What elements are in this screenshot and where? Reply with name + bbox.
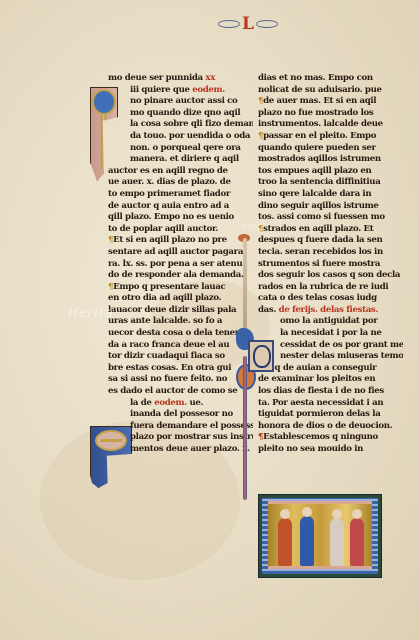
miniature-scene	[268, 501, 372, 569]
text-line: es dado el auctor de como se	[108, 386, 253, 398]
text-span: ras q de auian a conseguir	[258, 363, 376, 373]
text-line: cessidat de os por grant me	[258, 340, 403, 352]
text-span: dino seguir aqillos istrume	[258, 201, 379, 211]
text-span: tor dizir cuadaqui fiaca so	[108, 351, 225, 361]
text-column-left: mo deue ser punnida xxiii quiere que eod…	[108, 73, 253, 456]
text-span: cessidat de os por grant me	[280, 340, 403, 350]
text-line: to empo primeramet fiador	[108, 189, 253, 201]
initial-bowl	[253, 345, 271, 368]
text-span: qill plazo. Empo no es uenio	[108, 212, 234, 222]
text-span: de auer mas. Et si en aqil	[263, 96, 376, 106]
text-line: ¶passar en el pleito. Empo	[258, 131, 403, 143]
text-span: strados en aqill plazo. Et	[263, 224, 373, 234]
text-line: en otro dia ad aqill plazo.	[108, 293, 253, 305]
text-span: mostrados aqillos istrumen	[258, 154, 381, 164]
flourish-icon	[218, 20, 240, 28]
text-span: ra. lx. ss. por pena a ser atenu	[108, 259, 242, 269]
text-column-right: dias et no mas. Empo connolicat de su ad…	[258, 73, 403, 456]
rubric-text: xx	[203, 73, 215, 83]
text-span: uras ante lalcalde. so fo a	[108, 316, 222, 326]
text-line: tecia. seran recebidos los in	[258, 247, 403, 259]
watermark: Herita	[68, 306, 114, 321]
text-line: honora de dios o de deuocion.	[258, 421, 403, 433]
illuminated-initial-c	[248, 340, 274, 372]
text-span: auctor es en aqill regno de	[108, 166, 228, 176]
text-line: sino qere lalcalde dara in	[258, 189, 403, 201]
text-span: sino qere lalcalde dara in	[258, 189, 371, 199]
text-span: la cosa sobre qli fizo deman	[130, 119, 253, 129]
text-span: plazo no fue mostrado los	[258, 108, 373, 118]
text-span: sa si assi no fuere feito. no	[108, 374, 227, 384]
text-line: mostrados aqillos istrumen	[258, 154, 403, 166]
text-line: fuera demandare el possessor	[108, 421, 253, 433]
text-span: lauacor deue dizir sillas pala	[108, 305, 236, 315]
text-span: passar en el pleito. Empo	[263, 131, 376, 141]
text-line: de examinar los pleitos en	[258, 374, 403, 386]
text-span: honora de dios o de deuocion.	[258, 421, 392, 431]
text-span: troo la sentencia diffinitiua	[258, 177, 380, 187]
text-span: tos empues aqill plazo en	[258, 166, 371, 176]
text-line: manera. et diriere q aqil	[108, 154, 253, 166]
text-span: pleito no sea mouido in	[258, 444, 363, 454]
text-line: ras q de auian a conseguir	[258, 363, 403, 375]
text-line: ue auer. x. dias de plazo. de	[108, 177, 253, 189]
text-line: omo la antiguidat por	[258, 316, 403, 328]
text-span: manera. et diriere q aqil	[130, 154, 239, 164]
text-line: mo quando dize qno aqil	[108, 108, 253, 120]
text-span: ta. Por aesta necessidat i an	[258, 398, 383, 408]
text-line: la cosa sobre qli fizo deman	[108, 119, 253, 131]
text-span: tecia. seran recebidos los in	[258, 247, 383, 257]
text-span: omo la antiguidat por	[280, 316, 377, 326]
initial-stem	[101, 114, 106, 170]
text-line: uecor desta cosa o dela tenen	[108, 328, 253, 340]
text-span: instrumentos. lalcalde deue	[258, 119, 383, 129]
text-span: cata o des telas cosas iudg	[258, 293, 377, 303]
text-span: tiguidat pormieron delas la	[258, 409, 380, 419]
text-span: das.	[258, 305, 276, 315]
text-line: bre estas cosas. En otra gui	[108, 363, 253, 375]
text-line: da a raco franca deue el au	[108, 340, 253, 352]
text-span: da a raco franca deue el au	[108, 340, 229, 350]
text-span: nolicat de su aduisario. pue	[258, 85, 382, 95]
text-span: rados en la rubrica de re iudi	[258, 282, 388, 292]
text-span: la de	[130, 398, 152, 408]
text-line: non. o porqueal qere ora	[108, 143, 253, 155]
text-line: tos. assi como si fuessen mo	[258, 212, 403, 224]
manuscript-page: L mo deue ser punnida xxiii quiere que e…	[0, 0, 419, 640]
text-line: tiguidat pormieron delas la	[258, 409, 403, 421]
text-span: nester delas miuseras temo	[280, 351, 403, 361]
text-line: dino seguir aqillos istrume	[258, 201, 403, 213]
text-span: es dado el auctor de como se	[108, 386, 237, 396]
text-line: mentos deue auer plazo. x.	[108, 444, 253, 456]
rubric-text: de ferijs. delas fiestas.	[276, 305, 378, 315]
rubric-text: eodem.	[152, 398, 187, 408]
text-line: sa si assi no fuere feito. no	[108, 374, 253, 386]
text-line: ¶Establescemos q ninguno	[258, 432, 403, 444]
text-line: inanda del possesor no	[108, 409, 253, 421]
watermark: Heri	[242, 220, 265, 233]
text-line: ¶strados en aqill plazo. Et	[258, 224, 403, 236]
text-span: de auctor q auia entro ad a	[108, 201, 229, 211]
border-shaft	[243, 238, 247, 333]
flourish-icon	[256, 20, 278, 28]
text-line: auctor es en aqill regno de	[108, 166, 253, 178]
text-span: inanda del possesor no	[130, 409, 233, 419]
figure-blue-robe	[300, 516, 314, 566]
text-span: en otro dia ad aqill plazo.	[108, 293, 221, 303]
text-line: da touo. por uendida o oda	[108, 131, 253, 143]
text-line: dos seguir los casos q son decla	[258, 270, 403, 282]
text-span: Et si en aqill plazo no pre	[113, 235, 227, 245]
figure-white-robe	[330, 518, 344, 566]
text-span: Empo q presentare lauac	[113, 282, 225, 292]
figure-red-robe	[350, 518, 364, 566]
text-span: Establescemos q ninguno	[263, 432, 378, 442]
text-line: qill plazo. Empo no es uenio	[108, 212, 253, 224]
text-line: la de eodem. ue.	[108, 398, 253, 410]
text-line: ¶Et si en aqill plazo no pre	[108, 235, 253, 247]
text-span: de examinar los pleitos en	[258, 374, 375, 384]
text-line: tor dizir cuadaqui fiaca so	[108, 351, 253, 363]
text-line: mo deue ser punnida xx	[108, 73, 253, 85]
text-line: ¶Empo q presentare lauac	[108, 282, 253, 294]
text-line: nolicat de su aduisario. pue	[258, 85, 403, 97]
text-line: pleito no sea mouido in	[258, 444, 403, 456]
text-span: ue auer. x. dias de plazo. de	[108, 177, 231, 187]
text-span: uecor desta cosa o dela tenen	[108, 328, 241, 338]
text-span: la necesidat i por la ne	[280, 328, 382, 338]
text-line: dias et no mas. Empo con	[258, 73, 403, 85]
text-span: despues q fuere dada la sen	[258, 235, 382, 245]
text-span: fuera demandare el possessor	[130, 421, 253, 431]
text-span: los dias de fiesta i de no fies	[258, 386, 384, 396]
text-line: los dias de fiesta i de no fies	[258, 386, 403, 398]
text-line: strumentos si fuere mostra	[258, 259, 403, 271]
text-line: cata o des telas cosas iudg	[258, 293, 403, 305]
text-line: to de poplar aqill auctor.	[108, 224, 253, 236]
text-span: to empo primeramet fiador	[108, 189, 230, 199]
text-span: iii quiere que	[130, 85, 190, 95]
text-line: plazo por mostrar sus instru	[108, 432, 253, 444]
text-span: non. o porqueal qere ora	[130, 143, 241, 153]
figure-red-robe	[278, 518, 292, 566]
border-shaft	[243, 356, 247, 500]
text-span: plazo por mostrar sus instru	[130, 432, 253, 442]
text-line: quando quiere pueden ser	[258, 143, 403, 155]
text-line: plazo no fue mostrado los	[258, 108, 403, 120]
text-span: tos. assi como si fuessen mo	[258, 212, 385, 222]
text-line: do de responder ala demanda.	[108, 270, 253, 282]
text-span: to de poplar aqill auctor.	[108, 224, 218, 234]
text-line: la necesidat i por la ne	[258, 328, 403, 340]
folio-mark: L	[218, 14, 278, 34]
text-span: mentos deue auer plazo. x.	[130, 444, 250, 454]
text-line: tos empues aqill plazo en	[258, 166, 403, 178]
text-line: iii quiere que eodem.	[108, 85, 253, 97]
text-span: do de responder ala demanda.	[108, 270, 244, 280]
text-line: ta. Por aesta necessidat i an	[258, 398, 403, 410]
text-line: uras ante lalcalde. so fo a	[108, 316, 253, 328]
rubric-text: eodem.	[190, 85, 225, 95]
text-line: no pinare auctor assi co	[108, 96, 253, 108]
folio-letter: L	[242, 14, 254, 34]
text-span: bre estas cosas. En otra gui	[108, 363, 231, 373]
text-line: lauacor deue dizir sillas pala	[108, 305, 253, 317]
text-span: mo deue ser punnida	[108, 73, 203, 83]
text-line: despues q fuere dada la sen	[258, 235, 403, 247]
text-span: ue.	[187, 398, 203, 408]
miniature-illustration	[258, 494, 382, 578]
text-line: ra. lx. ss. por pena a ser atenu	[108, 259, 253, 271]
text-line: sentare ad aqill auctor pagara	[108, 247, 253, 259]
text-line: ¶de auer mas. Et si en aqil	[258, 96, 403, 108]
text-span: mo quando dize qno aqil	[130, 108, 240, 118]
text-line: das. de ferijs. delas fiestas.	[258, 305, 403, 317]
text-span: no pinare auctor assi co	[130, 96, 237, 106]
text-span: sentare ad aqill auctor pagara	[108, 247, 243, 257]
text-span: strumentos si fuere mostra	[258, 259, 380, 269]
text-line: instrumentos. lalcalde deue	[258, 119, 403, 131]
text-span: da touo. por uendida o oda	[130, 131, 250, 141]
text-span: dos seguir los casos q son decla	[258, 270, 400, 280]
text-line: troo la sentencia diffinitiua	[258, 177, 403, 189]
text-line: rados en la rubrica de re iudi	[258, 282, 403, 294]
text-span: quando quiere pueden ser	[258, 143, 376, 153]
text-line: nester delas miuseras temo	[258, 351, 403, 363]
text-line: de auctor q auia entro ad a	[108, 201, 253, 213]
text-span: dias et no mas. Empo con	[258, 73, 373, 83]
